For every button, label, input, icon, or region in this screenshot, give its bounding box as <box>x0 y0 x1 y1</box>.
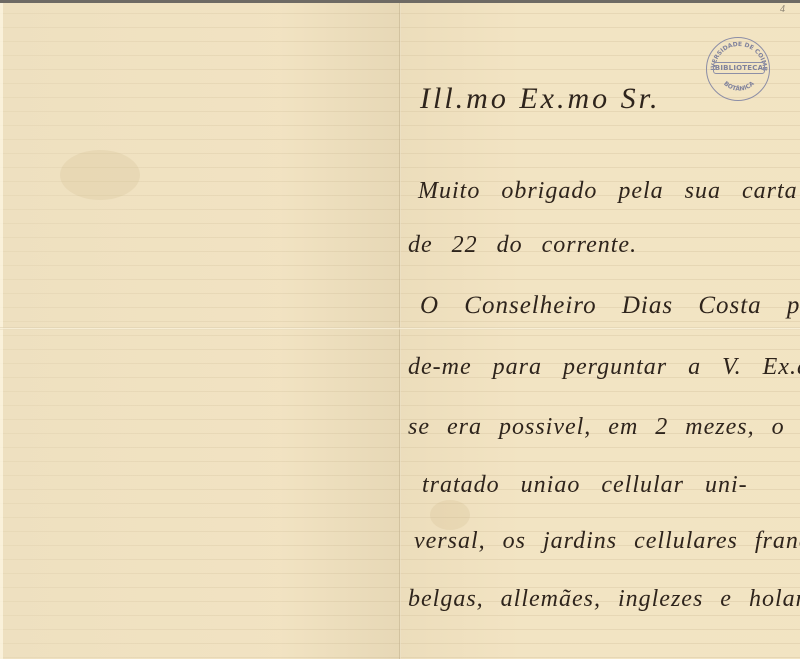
letter-line: tratado uniao cellular uni- <box>422 472 748 499</box>
paper-stain <box>60 150 140 200</box>
paper-left-edge <box>0 3 3 659</box>
left-page-blank <box>0 3 400 659</box>
folio-number: 4 <box>780 4 785 15</box>
letter-line: de 22 do corrente. <box>408 232 637 259</box>
letter-line: se era possivel, em 2 mezes, o <box>408 414 785 441</box>
letter-line: belgas, allemães, inglezes e holan- <box>408 586 800 613</box>
vertical-fold-line <box>399 3 401 659</box>
horizontal-fold-line <box>0 327 800 330</box>
paper-stain <box>430 500 470 530</box>
svg-text:BOTÂNICA: BOTÂNICA <box>722 80 756 93</box>
salutation: Ill.mo Ex.mo Sr. <box>420 82 660 116</box>
letter-line: O Conselheiro Dias Costa pe- <box>420 292 800 320</box>
letter-scan: 4 UNIVERSIDADE DE COIMBRA BOTÂNICA BIBLI… <box>0 0 800 659</box>
letter-line: versal, os jardins cellulares francezes, <box>414 528 800 555</box>
letter-line: Muito obrigado pela sua carta <box>418 178 798 205</box>
stamp-center-label: BIBLIOTECA <box>713 62 765 74</box>
letter-line: de-me para perguntar a V. Ex.a <box>408 354 800 381</box>
library-stamp: UNIVERSIDADE DE COIMBRA BOTÂNICA BIBLIOT… <box>706 37 770 101</box>
